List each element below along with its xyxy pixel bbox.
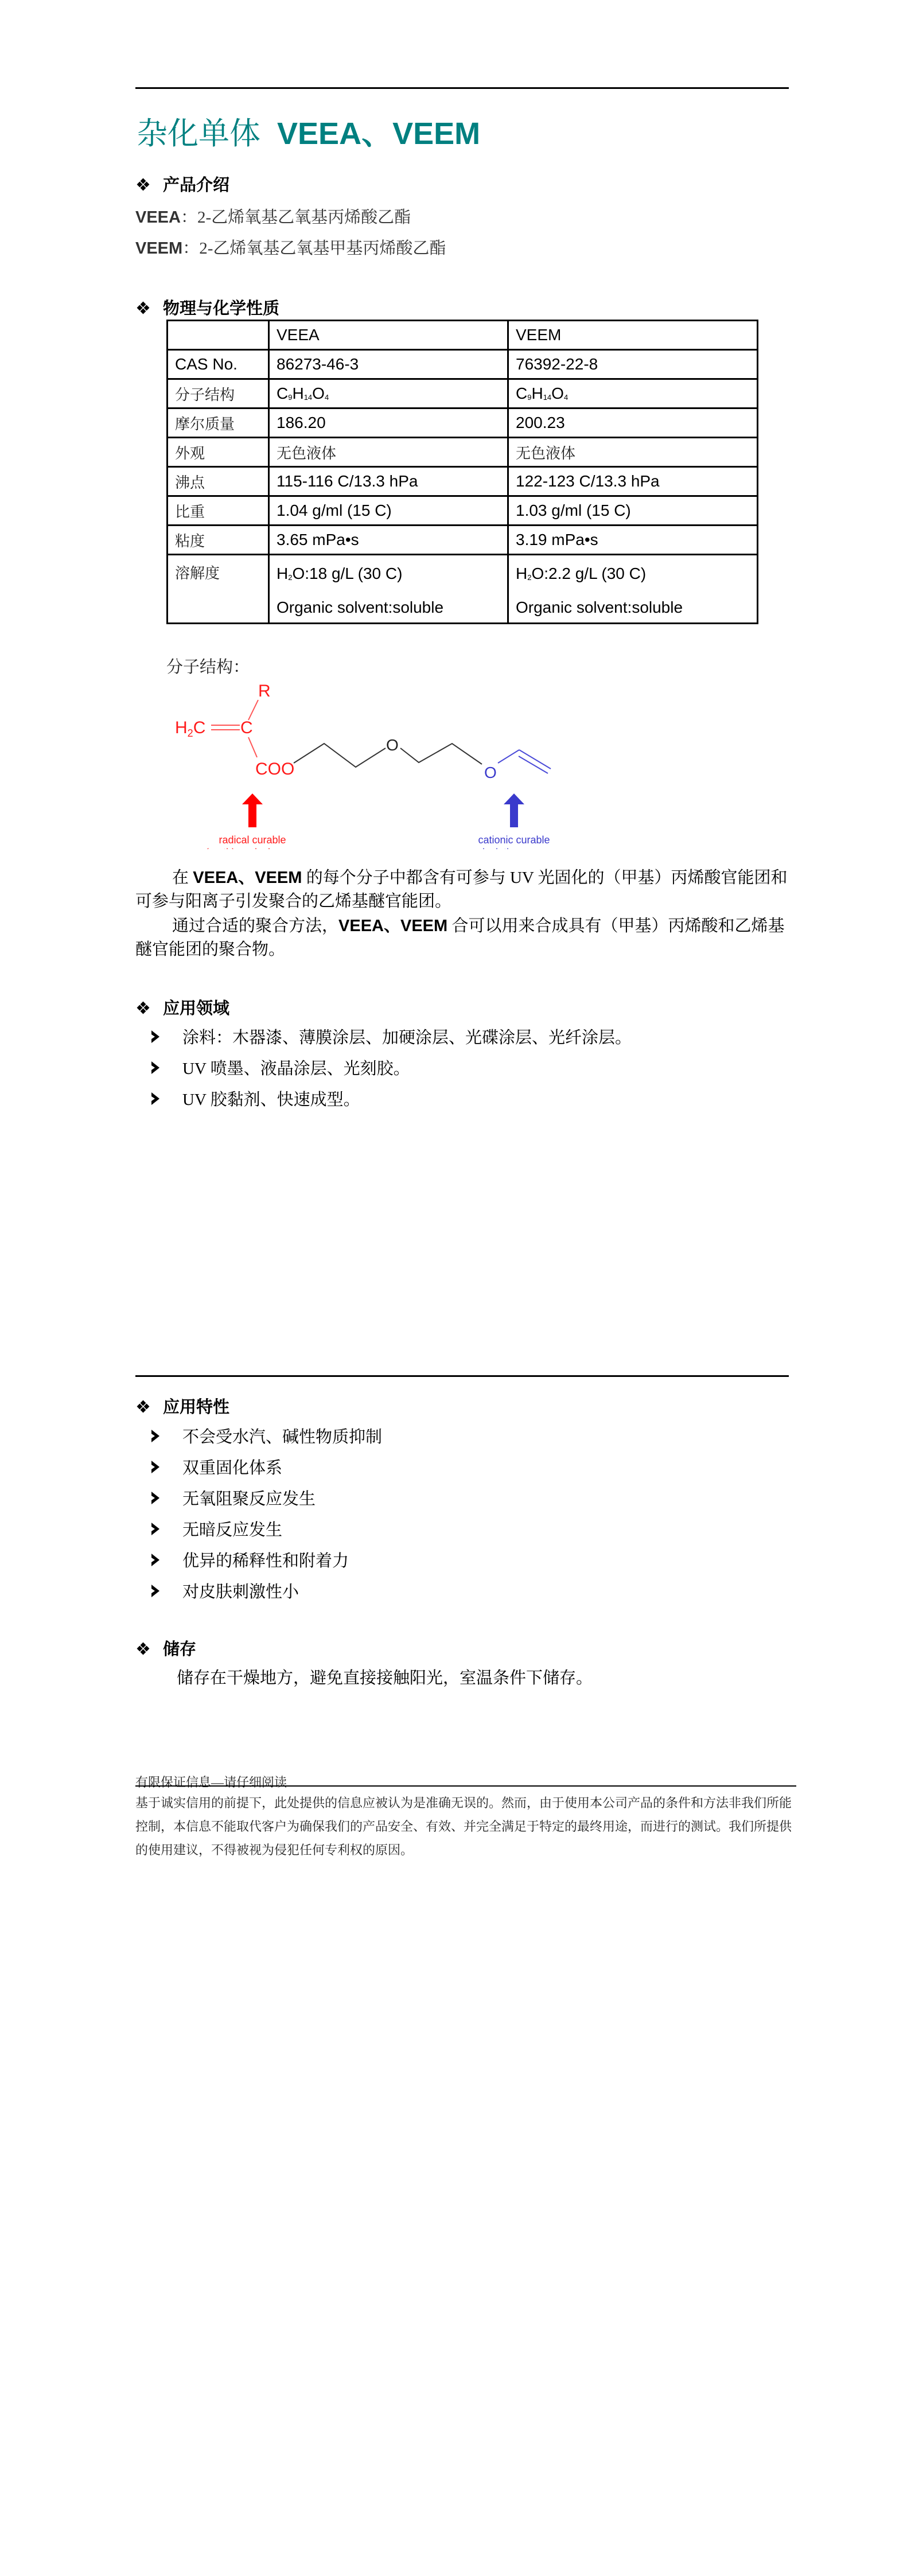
application-item: 涂料：木器漆、薄膜涂层、加硬涂层、光碟涂层、光纤涂层。 <box>151 1025 632 1048</box>
row-label: 分子结构 <box>168 379 269 408</box>
properties-table: VEEA VEEM CAS No. 86273-46-3 76392-22-8 … <box>166 320 758 624</box>
text-run-bold: VEEA、VEEM <box>193 869 302 887</box>
section-heading-text: 应用领域 <box>163 995 229 1019</box>
formula-part: H <box>277 565 288 582</box>
formula-sub: 14 <box>304 393 312 402</box>
atom-H2C: H2C <box>175 718 205 739</box>
table-row: CAS No. 86273-46-3 76392-22-8 <box>168 350 758 379</box>
arrow-bullet-icon <box>151 1061 159 1074</box>
item-text: UV 喷墨、液晶涂层、光刻胶。 <box>182 1056 410 1079</box>
table-header-cell <box>168 321 269 350</box>
page-divider <box>135 1375 789 1377</box>
intro-line-veea: VEEA：2-乙烯氧基乙氧基丙烯酸乙酯 <box>135 204 411 228</box>
storage-text: 储存在干燥地方，避免直接接触阳光，室温条件下储存。 <box>177 1665 593 1688</box>
cationic-label-2: vinylether group <box>477 847 551 849</box>
top-divider <box>135 87 789 89</box>
section-heading-text: 产品介绍 <box>163 172 229 196</box>
table-row: 溶解度 H2O:18 g/L (30 C) Organic solvent:so… <box>168 555 758 624</box>
description-paragraph-2: 通过合适的聚合方法，VEEA、VEEM 合可以用来合成具有（甲基）丙烯酸和乙烯基… <box>135 915 789 962</box>
page-title: 杂化单体 VEEA、VEEM <box>137 109 480 153</box>
arrow-bullet-icon <box>151 1523 159 1535</box>
solubility-water: H2O:2.2 g/L (30 C) <box>516 559 757 593</box>
table-row: 外观 无色液体 无色液体 <box>168 438 758 467</box>
cell-veea: 115-116 C/13.3 hPa <box>269 467 508 496</box>
molecular-structure-diagram: R H2C C COO O O radical curable (meth)ac… <box>166 677 591 849</box>
separator: ： <box>182 239 199 258</box>
formula-part: O:2.2 g/L (30 C) <box>531 565 646 582</box>
item-text: 双重固化体系 <box>182 1455 282 1478</box>
formula-sub: 14 <box>543 393 551 402</box>
product-code: VEEM <box>135 239 182 258</box>
cationic-label-1: cationic curable <box>478 834 550 846</box>
product-name: 2-乙烯氧基乙氧基丙烯酸乙酯 <box>197 208 411 227</box>
separator: ： <box>181 208 197 227</box>
item-text: 涂料：木器漆、薄膜涂层、加硬涂层、光碟涂层、光纤涂层。 <box>182 1025 632 1048</box>
row-label: 外观 <box>168 438 269 467</box>
arrow-bullet-icon <box>151 1430 159 1442</box>
text-run-bold: VEEA、VEEM <box>338 917 447 935</box>
arrow-bullet-icon <box>151 1554 159 1566</box>
section-heading-storage: 储存 <box>135 1636 196 1660</box>
description-paragraph-1: 在 VEEA、VEEM 的每个分子中都含有可参与 UV 光固化的（甲基）丙烯酸官… <box>135 866 789 913</box>
table-row: 粘度 3.65 mPa•s 3.19 mPa•s <box>168 526 758 555</box>
formula-sub: 4 <box>325 393 329 402</box>
row-label: 比重 <box>168 496 269 526</box>
feature-item: 无暗反应发生 <box>151 1517 282 1540</box>
intro-line-veem: VEEM：2-乙烯氧基乙氧基甲基丙烯酸乙酯 <box>135 235 446 259</box>
cell-veem-formula: C9H14O4 <box>508 379 758 408</box>
arrow-bullet-icon <box>151 1585 159 1597</box>
page-title-cn: 杂化单体 <box>137 116 260 151</box>
row-label: CAS No. <box>168 350 269 379</box>
cell-veem: 200.23 <box>508 408 758 438</box>
cell-veea: 186.20 <box>269 408 508 438</box>
formula-part: O <box>312 384 325 402</box>
section-heading-text: 储存 <box>163 1636 196 1660</box>
application-item: UV 喷墨、液晶涂层、光刻胶。 <box>151 1056 410 1079</box>
arrow-bullet-icon <box>151 1461 159 1473</box>
product-code: VEEA <box>135 208 181 227</box>
item-text: 对皮肤刺激性小 <box>182 1579 299 1602</box>
diamond-bullet-icon <box>138 1002 148 1013</box>
formula-part: H <box>292 384 303 402</box>
cell-veea-formula: C9H14O4 <box>269 379 508 408</box>
warranty-title: 有限保证信息—请仔细阅读 <box>135 1773 287 1791</box>
cell-veem: 122-123 C/13.3 hPa <box>508 467 758 496</box>
arrow-bullet-icon <box>151 1492 159 1504</box>
product-name: 2-乙烯氧基乙氧基甲基丙烯酸乙酯 <box>199 239 446 258</box>
solubility-organic: Organic solvent:soluble <box>516 593 757 622</box>
item-text: UV 胶黏剂、快速成型。 <box>182 1087 360 1110</box>
radical-label-1: radical curable <box>219 834 286 846</box>
arrow-bullet-icon <box>151 1092 159 1105</box>
table-row: 分子结构 C9H14O4 C9H14O4 <box>168 379 758 408</box>
table-header-cell: VEEM <box>508 321 758 350</box>
row-label: 摩尔质量 <box>168 408 269 438</box>
table-header-row: VEEA VEEM <box>168 321 758 350</box>
radical-arrow-icon <box>242 793 263 827</box>
formula-part: O <box>551 384 564 402</box>
section-heading-properties: 物理与化学性质 <box>135 295 279 319</box>
item-text: 无氧阻聚反应发生 <box>182 1486 316 1509</box>
section-heading-applications: 应用领域 <box>135 995 229 1019</box>
atom-C: C <box>240 718 253 737</box>
cationic-arrow-icon <box>504 793 524 827</box>
feature-item: 不会受水汽、碱性物质抑制 <box>151 1424 382 1447</box>
diamond-bullet-icon <box>138 1643 148 1653</box>
feature-item: 优异的稀释性和附着力 <box>151 1548 349 1571</box>
formula-part: C <box>516 384 527 402</box>
cell-veem: 3.19 mPa•s <box>508 526 758 555</box>
cell-veem-solubility: H2O:2.2 g/L (30 C) Organic solvent:solub… <box>508 555 758 624</box>
structure-label: 分子结构： <box>166 654 250 678</box>
cell-veem: 76392-22-8 <box>508 350 758 379</box>
item-text: 不会受水汽、碱性物质抑制 <box>182 1424 382 1447</box>
row-label: 溶解度 <box>168 555 269 624</box>
section-heading-text: 应用特性 <box>163 1394 229 1418</box>
table-header-cell: VEEA <box>269 321 508 350</box>
feature-item: 双重固化体系 <box>151 1455 282 1478</box>
cell-veem: 无色液体 <box>508 438 758 467</box>
cell-veea: 86273-46-3 <box>269 350 508 379</box>
warranty-text: 基于诚实信用的前提下，此处提供的信息应被认为是准确无误的。然而，由于使用本公司产… <box>135 1791 795 1862</box>
arrow-bullet-icon <box>151 1030 159 1043</box>
solubility-water: H2O:18 g/L (30 C) <box>277 559 507 593</box>
warranty-divider <box>135 1785 796 1787</box>
table-row: 沸点 115-116 C/13.3 hPa 122-123 C/13.3 hPa <box>168 467 758 496</box>
formula-part: H <box>516 565 527 582</box>
application-item: UV 胶黏剂、快速成型。 <box>151 1087 360 1110</box>
cell-veea-solubility: H2O:18 g/L (30 C) Organic solvent:solubl… <box>269 555 508 624</box>
atom-O-vinyl: O <box>484 764 497 781</box>
table-row: 比重 1.04 g/ml (15 C) 1.03 g/ml (15 C) <box>168 496 758 526</box>
atom-COO: COO <box>255 760 294 779</box>
cell-veea: 无色液体 <box>269 438 508 467</box>
row-label: 沸点 <box>168 467 269 496</box>
page-title-en: VEEA、VEEM <box>277 116 480 151</box>
solubility-organic: Organic solvent:soluble <box>277 593 507 622</box>
atom-R: R <box>258 682 271 701</box>
formula-part: H <box>531 384 543 402</box>
formula-part: O:18 g/L (30 C) <box>292 565 402 582</box>
cell-veea: 1.04 g/ml (15 C) <box>269 496 508 526</box>
text-run: 在 <box>172 869 193 887</box>
formula-sub: 4 <box>564 393 568 402</box>
section-heading-features: 应用特性 <box>135 1394 229 1418</box>
cell-veem: 1.03 g/ml (15 C) <box>508 496 758 526</box>
section-heading-intro: 产品介绍 <box>135 172 229 196</box>
feature-item: 对皮肤刺激性小 <box>151 1579 299 1602</box>
feature-item: 无氧阻聚反应发生 <box>151 1486 316 1509</box>
diamond-bullet-icon <box>138 302 148 313</box>
diamond-bullet-icon <box>138 1401 148 1411</box>
item-text: 优异的稀释性和附着力 <box>182 1548 349 1571</box>
diamond-bullet-icon <box>138 179 148 189</box>
section-heading-text: 物理与化学性质 <box>163 295 279 319</box>
item-text: 无暗反应发生 <box>182 1517 282 1540</box>
formula-part: C <box>277 384 288 402</box>
radical-label-2: (meth)acryloyl group <box>205 847 299 849</box>
row-label: 粘度 <box>168 526 269 555</box>
cell-veea: 3.65 mPa•s <box>269 526 508 555</box>
table-row: 摩尔质量 186.20 200.23 <box>168 408 758 438</box>
text-run: 通过合适的聚合方法， <box>172 917 338 935</box>
atom-O-ether: O <box>386 736 399 754</box>
